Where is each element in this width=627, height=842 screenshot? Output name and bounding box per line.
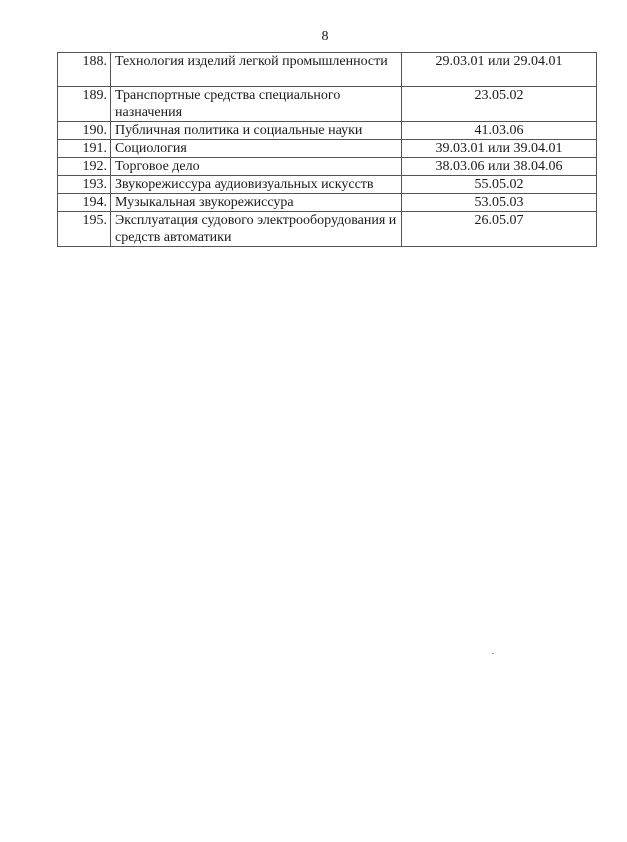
specialty-table: 188. Технология изделий легкой промышлен… [57,52,597,247]
scan-artifact [492,653,494,654]
table-row: 190. Публичная политика и социальные нау… [58,122,597,140]
row-number: 192. [58,158,111,176]
row-number: 194. [58,194,111,212]
specialty-code: 41.03.06 [402,122,597,140]
specialty-name: Музыкальная звукорежиссура [111,194,402,212]
row-number: 190. [58,122,111,140]
specialty-code: 55.05.02 [402,176,597,194]
row-number: 188. [58,53,111,87]
specialty-name: Публичная политика и социальные науки [111,122,402,140]
page-number: 8 [0,29,627,45]
specialty-name: Звукорежиссура аудиовизуальных искусств [111,176,402,194]
row-number: 193. [58,176,111,194]
specialty-code: 29.03.01 или 29.04.01 [402,53,597,87]
table-row: 188. Технология изделий легкой промышлен… [58,53,597,87]
specialty-name: Торговое дело [111,158,402,176]
specialty-name: Транспортные средства специального назна… [111,87,402,122]
row-number: 189. [58,87,111,122]
table-row: 195. Эксплуатация судового электрооборуд… [58,212,597,247]
specialty-name: Технология изделий легкой промышленности [111,53,402,87]
specialty-code: 23.05.02 [402,87,597,122]
row-number: 191. [58,140,111,158]
table-row: 194. Музыкальная звукорежиссура 53.05.03 [58,194,597,212]
specialty-name: Эксплуатация судового электрооборудовани… [111,212,402,247]
table-row: 189. Транспортные средства специального … [58,87,597,122]
row-number: 195. [58,212,111,247]
specialty-code: 38.03.06 или 38.04.06 [402,158,597,176]
table-row: 192. Торговое дело 38.03.06 или 38.04.06 [58,158,597,176]
table-row: 191. Социология 39.03.01 или 39.04.01 [58,140,597,158]
specialty-name: Социология [111,140,402,158]
specialty-code: 39.03.01 или 39.04.01 [402,140,597,158]
specialty-code: 26.05.07 [402,212,597,247]
table-row: 193. Звукорежиссура аудиовизуальных иску… [58,176,597,194]
specialty-code: 53.05.03 [402,194,597,212]
